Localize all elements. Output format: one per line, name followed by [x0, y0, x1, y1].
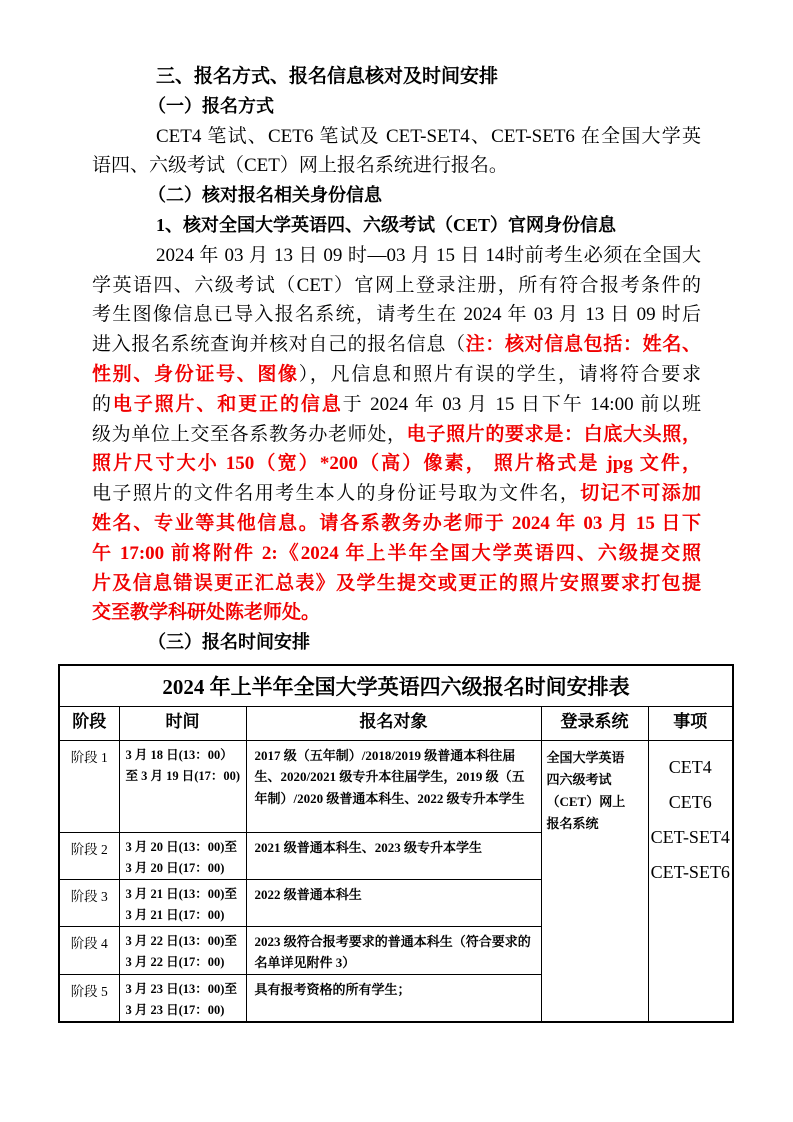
- subheading-registration-method: （一）报名方式: [92, 92, 701, 122]
- time-line: 3 月 22 日(13：00)至: [126, 931, 244, 952]
- subheading-verify-identity-info: （二）核对报名相关身份信息: [92, 181, 701, 211]
- highlight-text: 切记不可添加: [580, 483, 701, 504]
- text-content: 三、报名方式、报名信息核对及时间安排 （一）报名方式 CET4 笔试、CET6 …: [92, 62, 701, 658]
- stage-cell: 阶段 5: [59, 974, 119, 1022]
- highlight-text: 电子照片的要求是：白底大头照，: [407, 424, 701, 445]
- time-line: 3 月 18 日(13：00）: [126, 745, 244, 766]
- paragraph-line: 交至教学科研处陈老师处。: [92, 598, 701, 628]
- paragraph-line: 的电子照片、和更正的信息于 2024 年 03 月 15 日下午 14:00 前…: [92, 390, 701, 420]
- time-line: 3 月 20 日(13：00)至: [126, 837, 244, 858]
- col-header-time: 时间: [119, 706, 246, 740]
- subheading-verify-cet-website: 1、核对全国大学英语四、六级考试（CET）官网身份信息: [92, 211, 701, 241]
- time-cell: 3 月 22 日(13：00)至3 月 22 日(17：00): [119, 926, 246, 974]
- paragraph-line: 语四、六级考试（CET）网上报名系统进行报名。: [92, 151, 701, 181]
- login-system-line: 报名系统: [547, 813, 646, 835]
- login-system-line: 四六级考试: [547, 769, 646, 791]
- table-title-row: 2024 年上半年全国大学英语四六级报名时间安排表: [59, 665, 733, 707]
- body-text: 电子照片的文件名用考生本人的身份证号取为文件名，: [92, 483, 580, 504]
- body-text: ），凡信息和照片有误的学生，请将符合要求: [299, 364, 701, 385]
- item-line: CET4: [649, 750, 733, 785]
- login-system-line: （CET）网上: [547, 791, 646, 813]
- paragraph-line: 级为单位上交至各系教务办老师处，电子照片的要求是：白底大头照，: [92, 420, 701, 450]
- body-text: 学英语四、六级考试（CET）官网上登录注册，所有符合报考条件的: [92, 275, 701, 296]
- paragraph-verify-details: 2024 年 03 月 13 日 09 时—03 月 15 日 14时前考生必须…: [92, 241, 701, 628]
- item-line: CET-SET4: [649, 820, 733, 855]
- stage-cell: 阶段 2: [59, 832, 119, 879]
- table-row: 阶段 13 月 18 日(13：00）至 3 月 19 日(17：00)2017…: [59, 740, 733, 832]
- highlight-text: 交至教学科研处陈老师处。: [92, 602, 320, 623]
- stage-cell: 阶段 1: [59, 740, 119, 832]
- stage-cell: 阶段 3: [59, 879, 119, 926]
- item-line: CET-SET6: [649, 855, 733, 890]
- item-line: CET6: [649, 785, 733, 820]
- paragraph-line: 性别、身份证号、图像），凡信息和照片有误的学生，请将符合要求: [92, 360, 701, 390]
- paragraph-line: 2024 年 03 月 13 日 09 时—03 月 15 日 14时前考生必须…: [92, 241, 701, 271]
- paragraph-line: CET4 笔试、CET6 笔试及 CET-SET4、CET-SET6 在全国大学…: [92, 122, 701, 152]
- paragraph-line: 考生图像信息已导入报名系统，请考生在 2024 年 03 月 13 日 09 时…: [92, 300, 701, 330]
- time-line: 3 月 22 日(17：00): [126, 952, 244, 973]
- section-heading: 三、报名方式、报名信息核对及时间安排: [92, 62, 701, 92]
- highlight-text: 照片尺寸大小 150（宽）*200（高）像素， 照片格式是 jpg 文件，: [92, 453, 701, 474]
- highlight-text: 午 17:00 前将附件 2:《2024 年上半年全国大学英语四、六级提交照: [92, 543, 701, 564]
- time-line: 3 月 20 日(17：00): [126, 858, 244, 879]
- time-line: 3 月 23 日(17：00): [126, 1000, 244, 1021]
- time-line: 3 月 21 日(13：00)至: [126, 884, 244, 905]
- body-text: 进入报名系统查询并核对自己的报名信息（: [92, 334, 466, 355]
- paragraph-line: 照片尺寸大小 150（宽）*200（高）像素， 照片格式是 jpg 文件，: [92, 449, 701, 479]
- body-text: CET4 笔试、CET6 笔试及 CET-SET4、CET-SET6 在全国大学…: [156, 126, 701, 147]
- stage-cell: 阶段 4: [59, 926, 119, 974]
- time-cell: 3 月 21 日(13：00)至3 月 21 日(17：00): [119, 879, 246, 926]
- time-line: 3 月 23 日(13：00)至: [126, 979, 244, 1000]
- target-cell: 具有报考资格的所有学生；: [246, 974, 541, 1022]
- paragraph-line: 进入报名系统查询并核对自己的报名信息（注：核对信息包括：姓名、: [92, 330, 701, 360]
- schedule-table-body: 2024 年上半年全国大学英语四六级报名时间安排表 阶段 时间 报名对象 登录系…: [59, 665, 733, 1022]
- target-cell: 2017 级（五年制）/2018/2019 级普通本科往届生、2020/2021…: [246, 740, 541, 832]
- col-header-items: 事项: [648, 706, 733, 740]
- highlight-text: 性别、身份证号、图像: [92, 364, 299, 385]
- body-text: 级为单位上交至各系教务办老师处，: [92, 424, 407, 445]
- col-header-stage: 阶段: [59, 706, 119, 740]
- body-text: 语四、六级考试（CET）网上报名系统进行报名。: [92, 155, 508, 176]
- time-line: 至 3 月 19 日(17：00): [126, 766, 244, 787]
- target-cell: 2021 级普通本科生、2023 级专升本学生: [246, 832, 541, 879]
- body-text: 2024 年 03 月 13 日 09 时—03 月 15 日 14时前考生必须…: [156, 245, 701, 266]
- paragraph-line: 电子照片的文件名用考生本人的身份证号取为文件名，切记不可添加: [92, 479, 701, 509]
- document-page: 三、报名方式、报名信息核对及时间安排 （一）报名方式 CET4 笔试、CET6 …: [0, 0, 793, 1122]
- target-cell: 2022 级普通本科生: [246, 879, 541, 926]
- login-system-cell: 全国大学英语四六级考试（CET）网上报名系统: [541, 740, 648, 1022]
- schedule-table: 2024 年上半年全国大学英语四六级报名时间安排表 阶段 时间 报名对象 登录系…: [58, 664, 734, 1023]
- body-text: 的: [92, 394, 113, 415]
- highlight-text: 电子照片、和更正的信息: [113, 394, 343, 415]
- highlight-text: 注：核对信息包括：姓名、: [466, 334, 701, 355]
- paragraph-line: 片及信息错误更正汇总表》及学生提交或更正的照片安照要求打包提: [92, 569, 701, 599]
- time-line: 3 月 21 日(17：00): [126, 905, 244, 926]
- paragraph-line: 姓名、专业等其他信息。请各系教务办老师于 2024 年 03 月 15 日下: [92, 509, 701, 539]
- body-text: 考生图像信息已导入报名系统，请考生在 2024 年 03 月 13 日 09 时…: [92, 304, 701, 325]
- paragraph-line: 午 17:00 前将附件 2:《2024 年上半年全国大学英语四、六级提交照: [92, 539, 701, 569]
- time-cell: 3 月 23 日(13：00)至3 月 23 日(17：00): [119, 974, 246, 1022]
- table-header-row: 阶段 时间 报名对象 登录系统 事项: [59, 706, 733, 740]
- highlight-text: 片及信息错误更正汇总表》及学生提交或更正的照片安照要求打包提: [92, 573, 701, 594]
- time-cell: 3 月 18 日(13：00）至 3 月 19 日(17：00): [119, 740, 246, 832]
- paragraph-registration-method: CET4 笔试、CET6 笔试及 CET-SET4、CET-SET6 在全国大学…: [92, 122, 701, 182]
- target-cell: 2023 级符合报考要求的普通本科生（符合要求的名单详见附件 3）: [246, 926, 541, 974]
- highlight-text: 姓名、专业等其他信息。请各系教务办老师于 2024 年 03 月 15 日下: [92, 513, 701, 534]
- paragraph-line: 学英语四、六级考试（CET）官网上登录注册，所有符合报考条件的: [92, 271, 701, 301]
- items-cell: CET4CET6CET-SET4CET-SET6: [648, 740, 733, 1022]
- time-cell: 3 月 20 日(13：00)至3 月 20 日(17：00): [119, 832, 246, 879]
- subheading-schedule: （三）报名时间安排: [92, 628, 701, 658]
- login-system-line: 全国大学英语: [547, 747, 646, 769]
- body-text: 于 2024 年 03 月 15 日下午 14:00 前以班: [343, 394, 701, 415]
- col-header-login-system: 登录系统: [541, 706, 648, 740]
- table-title: 2024 年上半年全国大学英语四六级报名时间安排表: [59, 665, 733, 707]
- col-header-target: 报名对象: [246, 706, 541, 740]
